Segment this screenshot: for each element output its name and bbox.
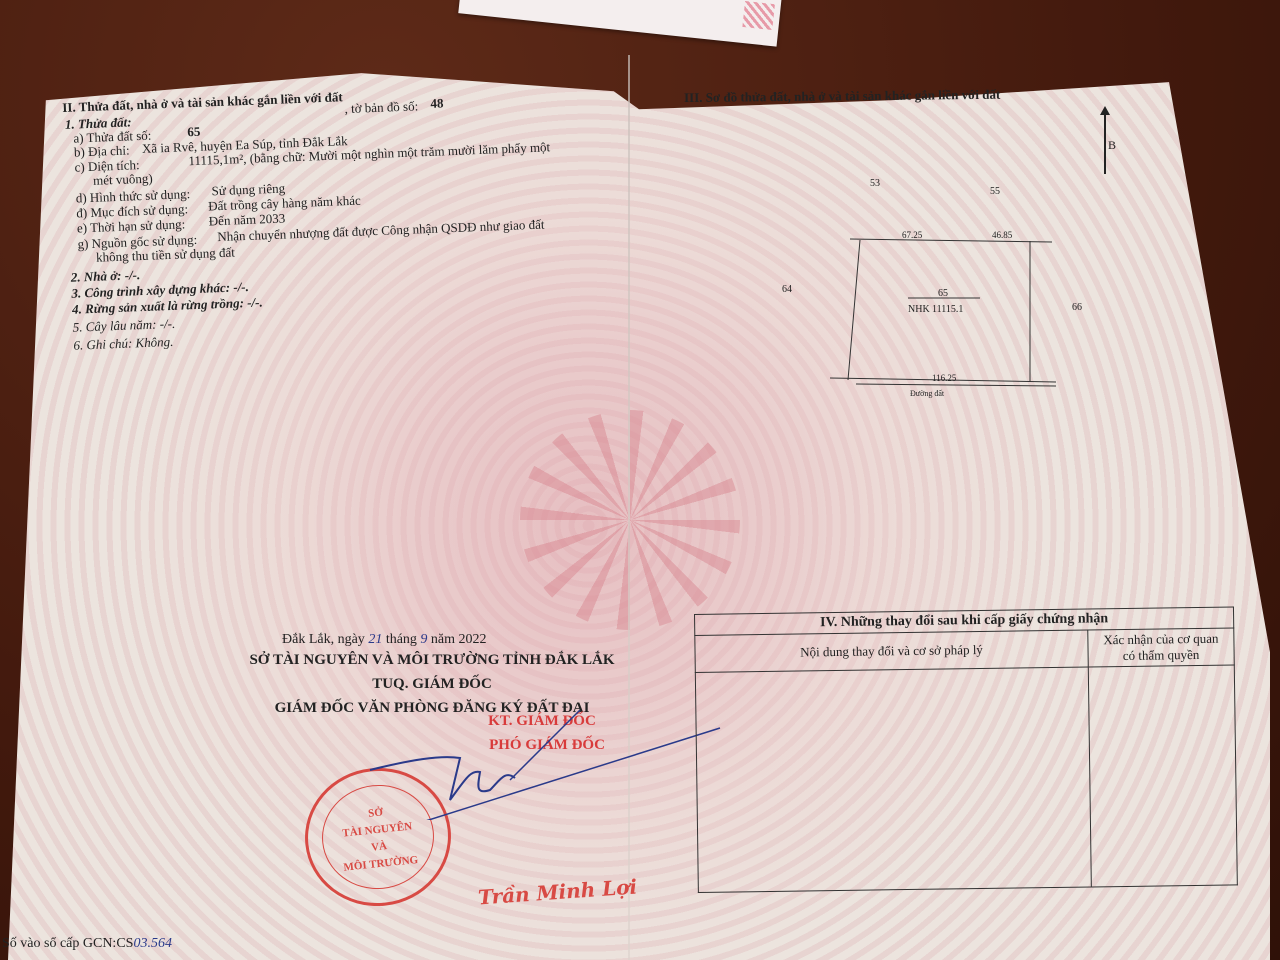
notes-item: 6. Ghi chú: Không. (73, 334, 174, 354)
confirmation-header-line-2: có thẩm quyền (1095, 647, 1228, 665)
map-sheet-value: 48 (430, 95, 444, 111)
perennial-trees-item: 5. Cây lâu năm: -/-. (72, 316, 175, 336)
agency-name: SỞ TÀI NGUYÊN VÀ MÔI TRƯỜNG TỈNH ĐẮK LẮK (222, 652, 642, 669)
confirmation-column-header: Xác nhận của cơ quan có thẩm quyền (1088, 628, 1235, 667)
confirmation-header-line-1: Xác nhận của cơ quan (1094, 631, 1227, 649)
register-value: 03.564 (133, 936, 172, 951)
authority-line: TUQ. GIÁM ĐỐC (222, 676, 642, 693)
area-value-cont: mét vuông) (93, 171, 153, 189)
neighbor-55: 55 (990, 186, 1000, 197)
map-sheet-label: , tờ bản đồ số: (344, 98, 418, 117)
north-label: B (1108, 138, 1116, 153)
year-label: năm 2022 (431, 632, 487, 647)
background-document-corner (458, 0, 781, 47)
place-label: Đắk Lắk, ngày (282, 632, 365, 647)
north-arrow-icon (1104, 112, 1106, 174)
neighbor-66: 66 (1072, 302, 1082, 313)
drum-star-watermark (520, 410, 740, 630)
section-iii-title: III. Sơ đồ thửa đất, nhà ở và tài sản kh… (684, 87, 1000, 106)
edge-top-left: 67.25 (902, 230, 922, 240)
neighbor-64: 64 (782, 284, 792, 295)
register-label: Số vào sổ cấp GCN:CS (2, 936, 133, 951)
confirmation-cell (1088, 665, 1237, 887)
road-label: Đường đất (910, 389, 944, 398)
decorative-pattern (742, 1, 775, 30)
neighbor-53: 53 (870, 178, 880, 189)
register-number: Số vào sổ cấp GCN:CS03.564 (2, 936, 172, 952)
changes-column-header: Nội dung thay đổi và cơ sở pháp lý (695, 630, 1088, 672)
changes-cell (695, 667, 1091, 892)
edge-bottom: 116.25 (932, 373, 956, 383)
section-ii: II. Thửa đất, nhà ở và tài sản khác gắn … (62, 79, 632, 360)
parcel-area: 11115.1 (932, 304, 963, 315)
changes-table: IV. Những thay đổi sau khi cấp giấy chứn… (694, 606, 1238, 893)
month-value: 9 (420, 632, 427, 647)
page-fold (628, 55, 630, 960)
parcel-value: 65 (187, 124, 201, 140)
handwritten-signature (330, 700, 730, 820)
parcel-code: NHK (908, 304, 930, 315)
month-label: tháng (386, 632, 417, 647)
day-value: 21 (368, 632, 382, 647)
parcel-number: 65 (938, 288, 948, 299)
edge-top-right: 46.85 (992, 230, 1012, 240)
place-date: Đắk Lắk, ngày 21 tháng 9 năm 2022 (240, 632, 610, 648)
parcel-diagram: 53 55 64 66 67.25 46.85 116.25 NHK 65 11… (760, 170, 1160, 410)
